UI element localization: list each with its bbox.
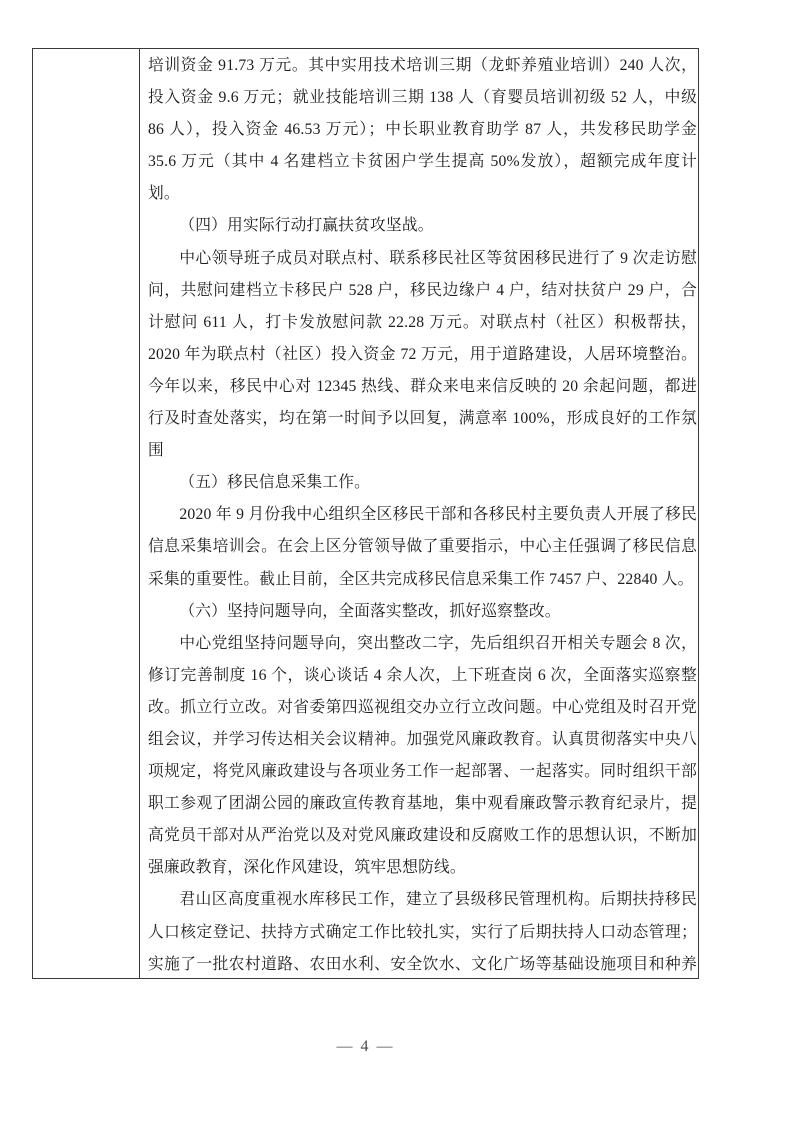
table-left-label-cell: [33, 49, 140, 978]
paragraph: 培训资金 91.73 万元。其中实用技术培训三期（龙虾养殖业培训）240 人次，…: [148, 50, 697, 210]
page-number: — 4 —: [32, 1036, 699, 1058]
paragraph: 2020 年 9 月份我中心组织全区移民干部和各移民村主要负责人开展了移民信息采…: [148, 499, 697, 595]
paragraph: 中心领导班子成员对联点村、联系移民社区等贫困移民进行了 9 次走访慰问，共慰问建…: [148, 243, 697, 468]
paragraph: （六）坚持问题导向，全面落实整改，抓好巡察整改。: [148, 596, 697, 628]
paragraph: 中心党组坚持问题导向，突出整改二字，先后组织召开相关专题会 8 次，修订完善制度…: [148, 628, 697, 885]
text-cell: 培训资金 91.73 万元。其中实用技术培训三期（龙虾养殖业培训）240 人次，…: [140, 49, 698, 978]
paragraph: 君山区高度重视水库移民工作，建立了县级移民管理机构。后期扶持移民人口核定登记、扶…: [148, 884, 697, 978]
paragraph: （四）用实际行动打赢扶贫攻坚战。: [148, 210, 697, 242]
report-table: 培训资金 91.73 万元。其中实用技术培训三期（龙虾养殖业培训）240 人次，…: [32, 48, 699, 979]
document-page: 培训资金 91.73 万元。其中实用技术培训三期（龙虾养殖业培训）240 人次，…: [0, 0, 793, 1122]
paragraph: （五）移民信息采集工作。: [148, 467, 697, 499]
